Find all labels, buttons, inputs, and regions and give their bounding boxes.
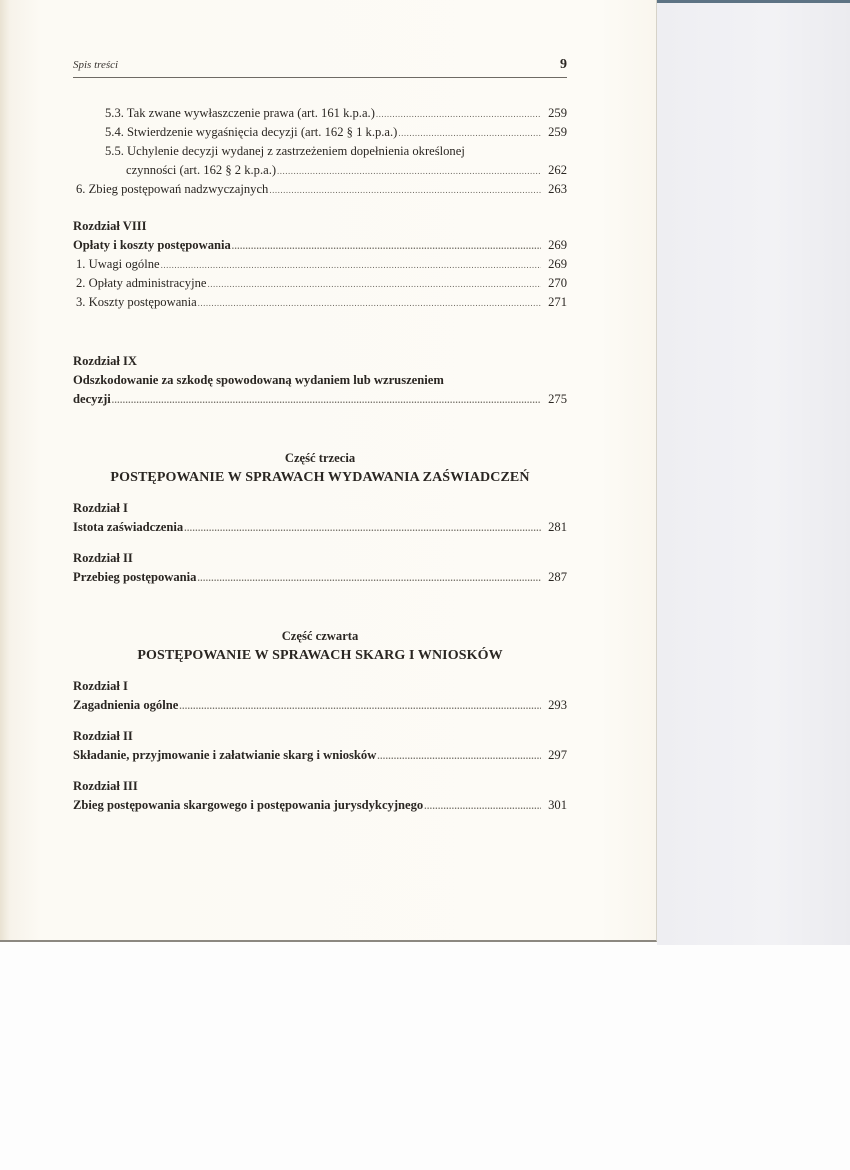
chapter-number: Rozdział I <box>73 499 567 518</box>
part-heading: Część czwarta POSTĘPOWANIE W SPRAWACH SK… <box>73 627 567 665</box>
chapter-page: 281 <box>545 518 567 537</box>
chapter-page: 301 <box>545 796 567 815</box>
leader-dots <box>377 747 541 766</box>
leader-dots <box>198 294 541 313</box>
toc-entry-label: 3. Koszty postępowania <box>76 293 197 312</box>
toc-entry-label: 5.4. Stwierdzenie wygaśnięcia decyzji (a… <box>105 123 397 142</box>
leader-dots <box>376 105 541 124</box>
chapter-page: 269 <box>545 236 567 255</box>
leader-dots <box>277 162 541 181</box>
toc-entry-label: 6. Zbieg postępowań nadzwyczajnych <box>76 180 268 199</box>
chapter-title-line1: Odszkodowanie za szkodę spowodowaną wyda… <box>73 371 567 390</box>
toc-entry-page: 259 <box>545 123 567 142</box>
leader-dots <box>184 519 541 538</box>
page-number: 9 <box>560 57 567 73</box>
part-ordinal: Część czwarta <box>73 627 567 646</box>
table-of-contents: 5.3. Tak zwane wywłaszczenie prawa (art.… <box>73 104 567 815</box>
chapter-page: 275 <box>545 390 567 409</box>
toc-entry-page: 270 <box>545 274 567 293</box>
leader-dots <box>197 569 541 588</box>
part-heading: Część trzecia POSTĘPOWANIE W SPRAWACH WY… <box>73 449 567 487</box>
chapter-page: 297 <box>545 746 567 765</box>
toc-entry: 6. Zbieg postępowań nadzwyczajnych 263 <box>73 180 567 199</box>
chapter-number: Rozdział IX <box>73 352 567 371</box>
toc-entry-label-line1: 5.5. Uchylenie decyzji wydanej z zastrze… <box>73 142 567 161</box>
part-name: POSTĘPOWANIE W SPRAWACH SKARG I WNIOSKÓW <box>73 646 567 665</box>
chapter-title-row: Opłaty i koszty postępowania 269 <box>73 236 567 255</box>
chapter-number: Rozdział VIII <box>73 217 567 236</box>
toc-entry-page: 259 <box>545 104 567 123</box>
toc-entry: 5.4. Stwierdzenie wygaśnięcia decyzji (a… <box>73 123 567 142</box>
running-head: Spis treści 9 <box>73 59 567 78</box>
chapter-title-row: decyzji 275 <box>73 390 567 409</box>
toc-entry: 3. Koszty postępowania 271 <box>73 293 567 312</box>
chapter-page: 287 <box>545 568 567 587</box>
toc-entry-page: 271 <box>545 293 567 312</box>
toc-entry: czynności (art. 162 § 2 k.p.a.) 262 <box>73 161 567 180</box>
toc-entry: 1. Uwagi ogólne 269 <box>73 255 567 274</box>
chapter-title-row: Przebieg postępowania 287 <box>73 568 567 587</box>
leader-dots <box>398 124 541 143</box>
leader-dots <box>232 237 541 256</box>
toc-entry-label-line2: czynności (art. 162 § 2 k.p.a.) <box>126 161 276 180</box>
leader-dots <box>112 391 541 410</box>
toc-entry-page: 262 <box>545 161 567 180</box>
chapter-title-row: Zagadnienia ogólne 293 <box>73 696 567 715</box>
chapter-title: Zagadnienia ogólne <box>73 696 178 715</box>
leader-dots <box>424 797 541 816</box>
toc-entry-page: 269 <box>545 255 567 274</box>
toc-entry-page: 263 <box>545 180 567 199</box>
book-page: Spis treści 9 5.3. Tak zwane wywłaszczen… <box>0 0 657 942</box>
chapter-title-row: Istota zaświadczenia 281 <box>73 518 567 537</box>
chapter-title: Zbieg postępowania skargowego i postępow… <box>73 796 423 815</box>
chapter-number: Rozdział I <box>73 677 567 696</box>
chapter-number: Rozdział II <box>73 727 567 746</box>
part-ordinal: Część trzecia <box>73 449 567 468</box>
chapter-number: Rozdział II <box>73 549 567 568</box>
toc-entry-label: 1. Uwagi ogólne <box>76 255 160 274</box>
toc-entry: 2. Opłaty administracyjne 270 <box>73 274 567 293</box>
leader-dots <box>179 697 541 716</box>
part-name: POSTĘPOWANIE W SPRAWACH WYDAWANIA ZAŚWIA… <box>73 468 567 487</box>
chapter-number: Rozdział III <box>73 777 567 796</box>
chapter-title-row: Zbieg postępowania skargowego i postępow… <box>73 796 567 815</box>
running-head-title: Spis treści <box>73 59 118 71</box>
chapter-title: Przebieg postępowania <box>73 568 196 587</box>
scanner-background <box>657 0 850 945</box>
toc-entry-label: 5.3. Tak zwane wywłaszczenie prawa (art.… <box>105 104 375 123</box>
chapter-title: Składanie, przyjmowanie i załatwianie sk… <box>73 746 376 765</box>
toc-entry-label: 2. Opłaty administracyjne <box>76 274 206 293</box>
chapter-page: 293 <box>545 696 567 715</box>
leader-dots <box>207 275 541 294</box>
toc-entry: 5.3. Tak zwane wywłaszczenie prawa (art.… <box>73 104 567 123</box>
chapter-title-line2: decyzji <box>73 390 111 409</box>
chapter-title: Opłaty i koszty postępowania <box>73 236 231 255</box>
chapter-title: Istota zaświadczenia <box>73 518 183 537</box>
leader-dots <box>161 256 541 275</box>
chapter-title-row: Składanie, przyjmowanie i załatwianie sk… <box>73 746 567 765</box>
leader-dots <box>269 181 541 200</box>
